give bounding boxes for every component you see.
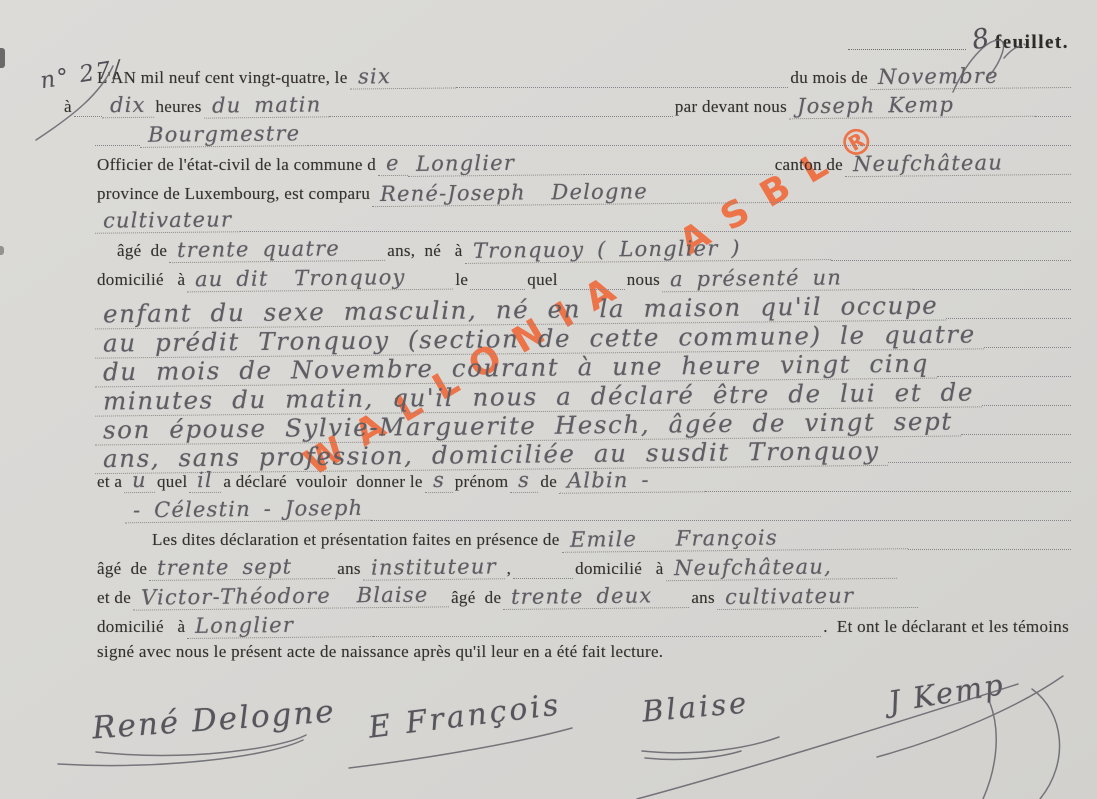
dotted-rule xyxy=(982,405,1071,406)
line-temoins-intro: Les dites déclaration et présentation fa… xyxy=(150,526,1071,555)
line-commune: Officier de l'état-civil de la commune d… xyxy=(95,151,1071,180)
printed-text: canton de xyxy=(773,155,845,175)
line-age-pere: âgé detrente quatreans, né àTronquoy ( L… xyxy=(115,237,1071,266)
dotted-rule xyxy=(705,491,1071,492)
dotted-rule xyxy=(456,87,789,88)
line-closing-2: signé avec nous le présent acte de naiss… xyxy=(95,642,1071,671)
dotted-rule xyxy=(1035,116,1071,117)
dotted-rule xyxy=(984,347,1071,348)
document-body: L'AN mil neuf cent vingt-quatre, lesixdu… xyxy=(0,64,1097,671)
dotted-rule xyxy=(778,202,1071,203)
printed-text: Officier de l'état-civil de la commune d xyxy=(95,155,378,175)
printed-text: province de Luxembourg, est comparu xyxy=(95,184,372,204)
line-date: L'AN mil neuf cent vingt-quatre, lesixdu… xyxy=(95,64,1071,93)
dotted-rule xyxy=(888,462,1071,463)
printed-text: ans xyxy=(335,559,363,579)
kemp-arc-flourish xyxy=(1032,689,1060,799)
handwritten-entry: Neufchâteau xyxy=(845,149,1071,176)
signature-rene-delogne: René Delogne xyxy=(91,694,337,747)
dotted-rule xyxy=(95,145,140,146)
dotted-rule xyxy=(584,174,773,175)
line-hour: àdixheuresdu matinpar devant nousJoseph … xyxy=(62,93,1071,122)
handwritten-entry: trente quatre xyxy=(169,236,385,263)
handwritten-entry: trente deux xyxy=(503,583,689,610)
folio-number: 8 xyxy=(963,22,997,58)
line-prenoms: et auquelila déclaré vouloir donner lesp… xyxy=(95,468,1071,497)
handwritten-entry: s xyxy=(425,468,453,493)
dotted-rule xyxy=(371,520,1071,521)
signature-blaise: Blaise xyxy=(641,685,751,728)
printed-text: le xyxy=(453,270,470,290)
handwritten-entry: cultivateur xyxy=(95,208,240,235)
printed-text: quel xyxy=(525,270,559,290)
handwritten-entry: cultivateur xyxy=(717,583,918,610)
handwritten-entry: Albin - xyxy=(559,468,705,495)
printed-text: heures xyxy=(153,97,203,117)
blaise-underline xyxy=(642,737,779,753)
handwritten-entry: Emile François xyxy=(561,524,907,553)
handwritten-entry: il xyxy=(189,468,221,493)
handwritten-entry: Tronquoy ( Longlier ) xyxy=(464,235,830,264)
printed-text: L'AN mil neuf cent vingt-quatre, le xyxy=(95,68,350,88)
dotted-rule xyxy=(240,231,1071,232)
line-profession-pere: cultivateur xyxy=(95,208,1071,237)
printed-text: âgé de xyxy=(449,588,503,608)
line-handwritten-6: ans, sans profession, domiciliée au susd… xyxy=(95,440,1071,469)
printed-text: nous xyxy=(625,270,662,290)
handwritten-entry: Longlier xyxy=(187,612,373,639)
dotted-rule xyxy=(329,116,673,117)
printed-text: signé avec nous le présent acte de naiss… xyxy=(95,642,665,662)
dotted-rule xyxy=(470,289,525,290)
handwritten-entry: a présenté un xyxy=(662,265,913,293)
signature-kemp: J Kemp xyxy=(886,667,1007,719)
printed-text: . Et ont le déclarant et les témoins xyxy=(821,617,1071,637)
printed-text: âgé de xyxy=(115,241,169,261)
printed-text: du mois de xyxy=(788,68,870,88)
handwritten-entry: au dit Tronquoy xyxy=(187,265,453,293)
handwritten-entry: e xyxy=(378,151,408,176)
dotted-rule xyxy=(961,434,1071,435)
line-temoin-1: âgé detrente septansinstituteur,domicili… xyxy=(95,555,1071,584)
handwritten-entry: s xyxy=(510,468,538,493)
handwritten-entry: René-Joseph Delogne xyxy=(372,177,778,206)
printed-text: à xyxy=(62,97,74,117)
printed-text: et a xyxy=(95,472,124,492)
dotted-rule xyxy=(831,260,1071,261)
line-temoin-2: et deVictor-Théodore Blaiseâgé detrente … xyxy=(95,584,1071,613)
handwritten-entry: Novembre xyxy=(870,63,1071,90)
handwritten-entry: six xyxy=(349,63,455,89)
line-bourgmestre: Bourgmestre xyxy=(95,122,1071,151)
line-closing-1: domicilié àLonglier. Et ont le déclarant… xyxy=(95,613,1071,642)
printed-text: prénom xyxy=(453,472,511,492)
printed-text: ans, né à xyxy=(385,241,464,261)
handwritten-entry: trente sept xyxy=(149,554,335,581)
printed-text: domicilié à xyxy=(95,270,187,290)
printed-text: et de xyxy=(95,588,133,608)
dotted-rule xyxy=(560,289,625,290)
printed-text: Les dites déclaration et présentation fa… xyxy=(150,530,562,550)
blaise-underline-2 xyxy=(645,751,741,759)
dotted-rule xyxy=(373,636,821,637)
dotted-rule xyxy=(74,116,102,117)
handwritten-entry: u xyxy=(124,468,155,493)
handwritten-entry: Neufchâteau, xyxy=(665,554,896,581)
line-handwritten-5: son épouse Sylvie-Marguerite Hesch, âgée… xyxy=(95,411,1071,440)
line-prenoms-2: - Célestin - Joseph xyxy=(125,497,1071,526)
dotted-rule xyxy=(908,549,1071,550)
handwritten-entry: du matin xyxy=(204,92,330,118)
scan-edge-smudge xyxy=(0,246,4,255)
dotted-rule xyxy=(848,49,966,50)
printed-text: quel xyxy=(155,472,189,492)
printed-text: ans xyxy=(689,588,717,608)
handwritten-entry: Longlier xyxy=(408,150,584,177)
scan-edge-smudge xyxy=(0,48,5,68)
dotted-rule xyxy=(513,578,573,579)
printed-text: par devant nous xyxy=(673,97,789,117)
printed-text: , xyxy=(505,559,514,579)
kemp-tail-stroke xyxy=(983,703,996,799)
printed-text: domicilié à xyxy=(95,617,187,637)
handwritten-entry: - Célestin - Joseph xyxy=(125,496,372,524)
printed-text: de xyxy=(538,472,559,492)
printed-text: a déclaré vouloir donner le xyxy=(221,472,424,492)
document-page: 8 feuillet. n° 27/ WALLONIA ASBL® L'AN m… xyxy=(0,0,1097,799)
handwritten-entry: Victor-Théodore Blaise xyxy=(133,582,449,610)
line-comparant: province de Luxembourg, est comparuRené-… xyxy=(95,180,1071,209)
printed-text: âgé de xyxy=(95,559,149,579)
signature-emile-francois: E François xyxy=(367,687,563,745)
handwritten-entry: Bourgmestre xyxy=(140,121,309,148)
printed-text: domicilié à xyxy=(573,559,665,579)
handwritten-entry: dix xyxy=(102,93,154,119)
dotted-rule xyxy=(308,145,1071,146)
handwritten-entry: Joseph Kemp xyxy=(789,92,1035,120)
folio-label: feuillet. xyxy=(995,32,1069,54)
folio-header: 8 feuillet. xyxy=(848,24,1069,55)
handwritten-entry: instituteur xyxy=(363,554,505,580)
